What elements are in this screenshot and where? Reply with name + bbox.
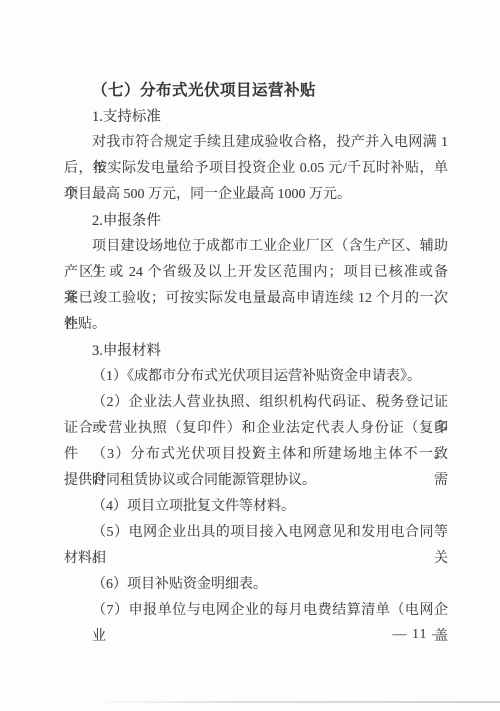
text-line: （1）《成都市分布式光伏项目运营补贴资金申请表》。	[64, 364, 448, 390]
text-line: 1.支持标准	[64, 104, 448, 130]
text-line: 对我市符合规定手续且建成验收合格，投产并入电网满 1 年	[64, 130, 448, 156]
scanned-document-page: （七）分布式光伏项目运营补贴1.支持标准对我市符合规定手续且建成验收合格，投产并…	[0, 0, 500, 711]
text-line: 证合一营业执照（复印件）和企业法定代表人身份证（复印件）。	[64, 416, 448, 442]
text-line: （7）申报单位与电网企业的每月电费结算清单（电网企业盖	[64, 598, 448, 624]
text-line: （5）电网企业出具的项目接入电网意见和发用电合同等相关	[64, 520, 448, 546]
scan-artifact-line	[90, 701, 500, 703]
text-line: 项目建设场地位于成都市工业企业厂区（含生产区、辅助生	[64, 234, 448, 260]
text-line: 3.申报材料	[64, 338, 448, 364]
text-line: 并已竣工验收；可按实际发电量最高申请连续 12 个月的一次性	[64, 286, 448, 312]
text-line: 补贴。	[64, 312, 448, 338]
text-line: （3）分布式光伏项目投资主体和所建场地主体不一致时，需	[64, 442, 448, 468]
document-body: （七）分布式光伏项目运营补贴1.支持标准对我市符合规定手续且建成验收合格，投产并…	[64, 78, 448, 624]
text-line: （4）项目立项批复文件等材料。	[64, 494, 448, 520]
text-line: （2）企业法人营业执照、组织机构代码证、税务登记证或多	[64, 390, 448, 416]
text-line: 后，按实际发电量给予项目投资企业 0.05 元/千瓦时补贴，单个	[64, 156, 448, 182]
text-line: 产区）或 24 个省级及以上开发区范围内；项目已核准或备案，	[64, 260, 448, 286]
text-line: 2.申报条件	[64, 208, 448, 234]
page-number: — 11 —	[393, 627, 447, 643]
text-line: （七）分布式光伏项目运营补贴	[64, 78, 448, 104]
text-line: （6）项目补贴资金明细表。	[64, 572, 448, 598]
text-line: 项目最高 500 万元，同一企业最高 1000 万元。	[64, 182, 448, 208]
